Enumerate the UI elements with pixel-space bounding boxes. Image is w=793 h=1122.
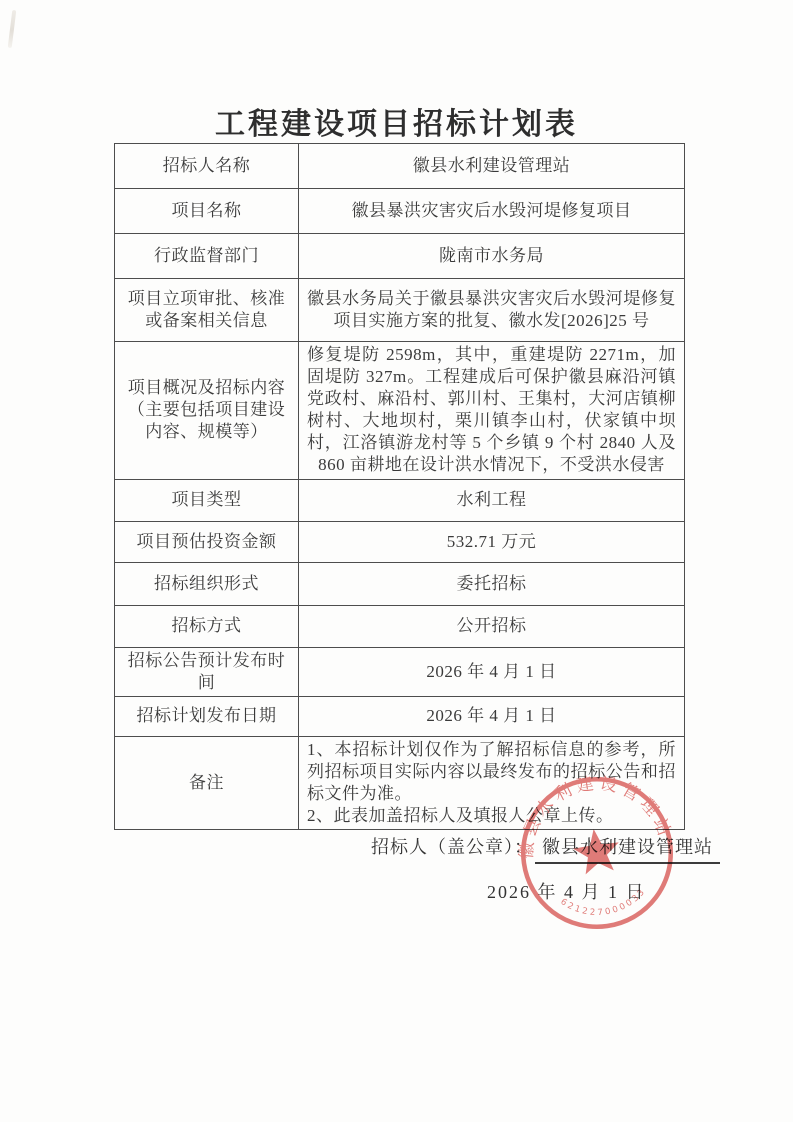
table-row: 项目概况及招标内容（主要包括项目建设内容、规模等） 修复堤防 2598m，其中，… — [115, 342, 685, 480]
row-label: 招标人名称 — [115, 144, 299, 189]
row-value: 2026 年 4 月 1 日 — [299, 647, 685, 696]
row-value: 徽县暴洪灾害灾后水毁河堤修复项目 — [299, 189, 685, 234]
row-label: 项目概况及招标内容（主要包括项目建设内容、规模等） — [115, 342, 299, 480]
row-label: 项目名称 — [115, 189, 299, 234]
signer-label: 招标人（盖公章）： — [371, 833, 533, 859]
signature-date: 2026 年 4 月 1 日 — [487, 878, 646, 904]
table-row: 招标方式 公开招标 — [115, 605, 685, 647]
signature-line: 招标人（盖公章）： 徽县水利建设管理站 — [371, 833, 720, 864]
row-value: 公开招标 — [299, 605, 685, 647]
row-value: 2026 年 4 月 1 日 — [299, 696, 685, 736]
scan-crease-mark — [8, 10, 17, 48]
row-label: 行政监督部门 — [115, 234, 299, 279]
table-row: 行政监督部门 陇南市水务局 — [115, 234, 685, 279]
row-value: 1、本招标计划仅作为了解招标信息的参考，所列招标项目实际内容以最终发布的招标公告… — [299, 736, 685, 829]
table-row: 项目类型 水利工程 — [115, 479, 685, 521]
page-title: 工程建设项目招标计划表 — [0, 99, 793, 143]
row-label: 招标计划发布日期 — [115, 696, 299, 736]
row-label: 项目类型 — [115, 479, 299, 521]
row-label: 项目预估投资金额 — [115, 521, 299, 562]
row-label: 招标组织形式 — [115, 562, 299, 605]
row-label: 备注 — [115, 736, 299, 829]
table-row: 备注 1、本招标计划仅作为了解招标信息的参考，所列招标项目实际内容以最终发布的招… — [115, 736, 685, 829]
table-row: 项目预估投资金额 532.71 万元 — [115, 521, 685, 562]
row-value: 532.71 万元 — [299, 521, 685, 562]
row-label: 招标方式 — [115, 605, 299, 647]
row-label: 项目立项审批、核准或备案相关信息 — [115, 279, 299, 342]
row-value: 徽县水利建设管理站 — [299, 144, 685, 189]
signer-name: 徽县水利建设管理站 — [535, 833, 720, 864]
row-value: 徽县水务局关于徽县暴洪灾害灾后水毁河堤修复项目实施方案的批复、徽水发[2026]… — [299, 279, 685, 342]
table-row: 招标组织形式 委托招标 — [115, 562, 685, 605]
bidding-plan-table: 招标人名称 徽县水利建设管理站 项目名称 徽县暴洪灾害灾后水毁河堤修复项目 行政… — [114, 143, 685, 830]
table-row: 招标人名称 徽县水利建设管理站 — [115, 144, 685, 189]
row-value: 委托招标 — [299, 562, 685, 605]
row-value: 水利工程 — [299, 479, 685, 521]
table-row: 招标计划发布日期 2026 年 4 月 1 日 — [115, 696, 685, 736]
row-value: 修复堤防 2598m，其中，重建堤防 2271m，加固堤防 327m。工程建成后… — [299, 342, 685, 480]
table-row: 项目立项审批、核准或备案相关信息 徽县水务局关于徽县暴洪灾害灾后水毁河堤修复项目… — [115, 279, 685, 342]
table-row: 招标公告预计发布时间 2026 年 4 月 1 日 — [115, 647, 685, 696]
table-row: 项目名称 徽县暴洪灾害灾后水毁河堤修复项目 — [115, 189, 685, 234]
row-label: 招标公告预计发布时间 — [115, 647, 299, 696]
document-page: 工程建设项目招标计划表 招标人名称 徽县水利建设管理站 项目名称 徽县暴洪灾害灾… — [0, 0, 793, 1122]
row-value: 陇南市水务局 — [299, 234, 685, 279]
